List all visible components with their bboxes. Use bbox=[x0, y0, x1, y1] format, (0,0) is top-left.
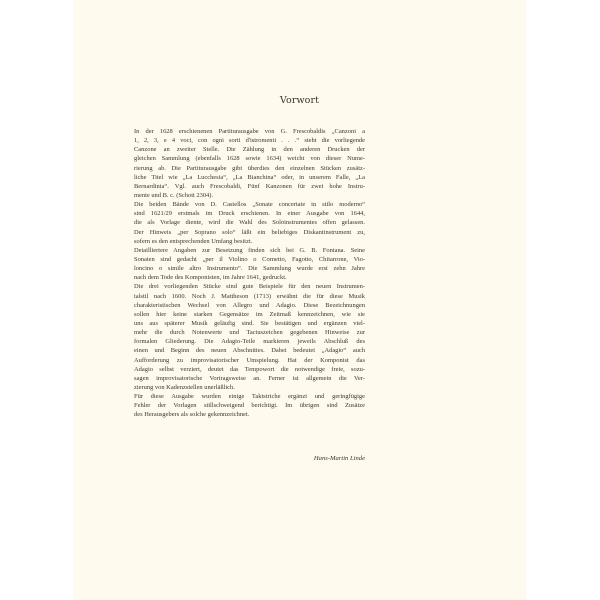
text-line: liche Titel wie „La Lucchesia“, „La Bian… bbox=[134, 173, 365, 182]
text-line: die als Vorlage diente, wird die Wahl de… bbox=[134, 218, 365, 227]
text-line: sagen improvisatorische Vortragsweise an… bbox=[134, 374, 365, 383]
text-line: nach dem Tode des Komponisten, im Jahre … bbox=[134, 273, 365, 282]
text-line: gleichen Sammlung (ebenfalls 1628 sowie … bbox=[134, 154, 365, 163]
text-line: des Herausgebers als solche gekennzeichn… bbox=[134, 410, 365, 419]
paragraph: Für diese Ausgabe wurden einige Taktstri… bbox=[134, 392, 365, 419]
paragraph: Detailliertere Angaben zur Besetzung fin… bbox=[134, 246, 365, 283]
text-line: sollen hier keine starken Gegensätze im … bbox=[134, 310, 365, 319]
text-line: uns aus späterer Musik geläufig sind. Si… bbox=[134, 319, 365, 328]
text-line: Die beiden Bände von D. Castellos „Sonat… bbox=[134, 200, 365, 209]
paragraph: Die beiden Bände von D. Castellos „Sonat… bbox=[134, 200, 365, 246]
text-line: In der 1628 erschienenen Partiturausgabe… bbox=[134, 127, 365, 136]
text-line: formalen Gliederung. Die Adagio-Teile ma… bbox=[134, 337, 365, 346]
text-line: rierung ab. Die Partiturausgabe gibt übe… bbox=[134, 164, 365, 173]
text-line: sofern es den entsprechenden Umfang besi… bbox=[134, 237, 365, 246]
text-line: Aufforderung zu improvisatorischer Umspi… bbox=[134, 356, 365, 365]
text-line: Canzone an zweiter Stelle. Die Zählung i… bbox=[134, 145, 365, 154]
text-line: Die drei vorliegenden Stücke sind gute B… bbox=[134, 282, 365, 291]
document-page: Vorwort In der 1628 erschienenen Partitu… bbox=[73, 0, 526, 600]
text-line: Adagio selbst verziert, deutet das Tempo… bbox=[134, 365, 365, 374]
text-line: Detailliertere Angaben zur Besetzung fin… bbox=[134, 246, 365, 255]
text-line: Bernardinia“. Vgl. auch Frescobaldi, Fün… bbox=[134, 182, 365, 191]
text-line: mente und B. c. (Schott 2304). bbox=[134, 191, 365, 200]
text-line: charakteristischen Wechsel von Allegro u… bbox=[134, 301, 365, 310]
preface-body: In der 1628 erschienenen Partiturausgabe… bbox=[134, 127, 365, 420]
text-line: Für diese Ausgabe wurden einige Taktstri… bbox=[134, 392, 365, 401]
paragraph: In der 1628 erschienenen Partiturausgabe… bbox=[134, 127, 365, 200]
text-line: sind 1621/29 erstmals im Druck erschiene… bbox=[134, 209, 365, 218]
text-line: loncino o simile altro Instrumento“. Die… bbox=[134, 264, 365, 273]
text-line: 1, 2, 3, e 4 voci, con ogni sorti d'istr… bbox=[134, 136, 365, 145]
text-line: Sonaten sind gedacht „per il Violino o C… bbox=[134, 255, 365, 264]
text-line: mehr die durch Notenwerte und Tactuszeic… bbox=[134, 328, 365, 337]
text-line: talstil nach 1600. Noch J. Mattheson (17… bbox=[134, 292, 365, 301]
text-line: zierung von Kadenzstellen unerläßlich. bbox=[134, 383, 365, 392]
text-line: Der Hinweis „per Soprano solo“ läßt ein … bbox=[134, 228, 365, 237]
paragraph: Die drei vorliegenden Stücke sind gute B… bbox=[134, 282, 365, 392]
text-line: Fehler der Vorlagen stillschweigend beri… bbox=[134, 401, 365, 410]
author-signature: Hans-Martin Linde bbox=[134, 455, 365, 462]
page-title: Vorwort bbox=[73, 95, 526, 106]
text-line: einen und Beginn des neuen Abschnittes. … bbox=[134, 346, 365, 355]
